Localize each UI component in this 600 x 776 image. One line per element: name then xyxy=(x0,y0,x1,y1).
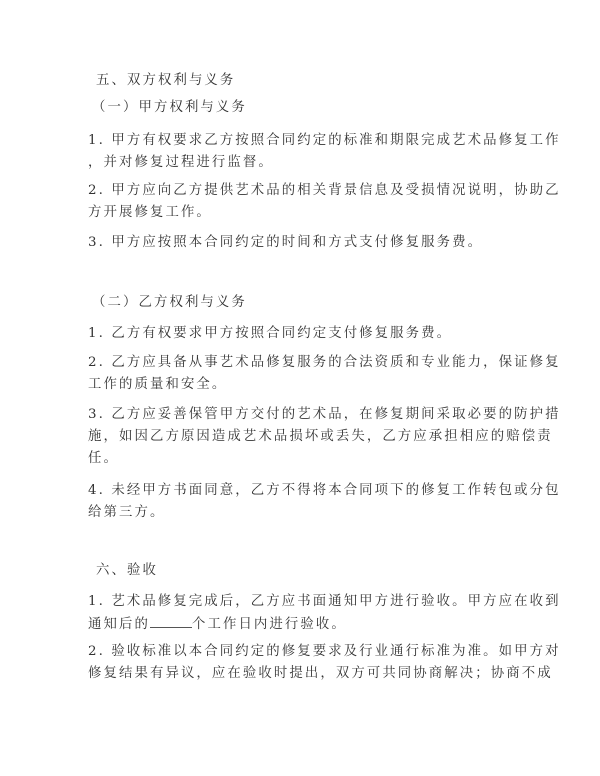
party-b-item-3-line-1: 3. 乙方应妥善保管甲方交付的艺术品，在修复期间采取必要的防护措 xyxy=(88,406,561,424)
party-a-item-1-line-2: ，并对修复过程进行监督。 xyxy=(88,154,274,172)
party-b-title: （二）乙方权利与义务 xyxy=(92,294,247,312)
acceptance-item-2-line-1: 2. 验收标准以本合同约定的修复要求及行业通行标准为准。如甲方对 xyxy=(88,643,561,661)
party-b-item-1-line-1: 1. 乙方有权要求甲方按照合同约定支付修复服务费。 xyxy=(88,325,452,343)
party-a-item-2-line-1: 2. 甲方应向乙方提供艺术品的相关背景信息及受损情况说明，协助乙 xyxy=(88,182,561,200)
party-a-item-3-line-1: 3. 甲方应按照本合同约定的时间和方式支付修复服务费。 xyxy=(88,234,483,252)
party-a-item-2-line-2: 方开展修复工作。 xyxy=(88,204,212,222)
party-a-item-1-line-1: 1. 甲方有权要求乙方按照合同约定的标准和期限完成艺术品修复工作 xyxy=(88,132,561,150)
party-b-item-2-line-2: 工作的质量和安全。 xyxy=(88,376,227,394)
acceptance-item-1-line-1: 1. 艺术品修复完成后，乙方应书面通知甲方进行验收。甲方应在收到 xyxy=(88,593,561,611)
working-days-blank xyxy=(150,615,192,628)
section-5-title: 五、双方权利与义务 xyxy=(96,72,235,90)
party-b-item-2-line-1: 2. 乙方应具备从事艺术品修复服务的合法资质和专业能力，保证修复 xyxy=(88,354,561,372)
acceptance-item-1-line-2: 通知后的个工作日内进行验收。 xyxy=(88,615,347,634)
party-b-item-4-line-1: 4. 未经甲方书面同意，乙方不得将本合同项下的修复工作转包或分包 xyxy=(88,482,561,500)
acceptance-line2-suffix: 个工作日内进行验收。 xyxy=(192,617,347,632)
party-b-item-4-line-2: 给第三方。 xyxy=(88,504,165,522)
section-6-title: 六、验收 xyxy=(96,562,158,580)
acceptance-item-2-line-2: 修复结果有异议，应在验收时提出，双方可共同协商解决；协商不成 xyxy=(88,665,553,683)
party-b-item-3-line-2: 施，如因乙方原因造成艺术品损坏或丢失，乙方应承担相应的赔偿责 xyxy=(88,428,553,446)
party-a-title: （一）甲方权利与义务 xyxy=(92,99,247,117)
party-b-item-3-line-3: 任。 xyxy=(88,450,119,468)
acceptance-line2-prefix: 通知后的 xyxy=(88,617,150,632)
